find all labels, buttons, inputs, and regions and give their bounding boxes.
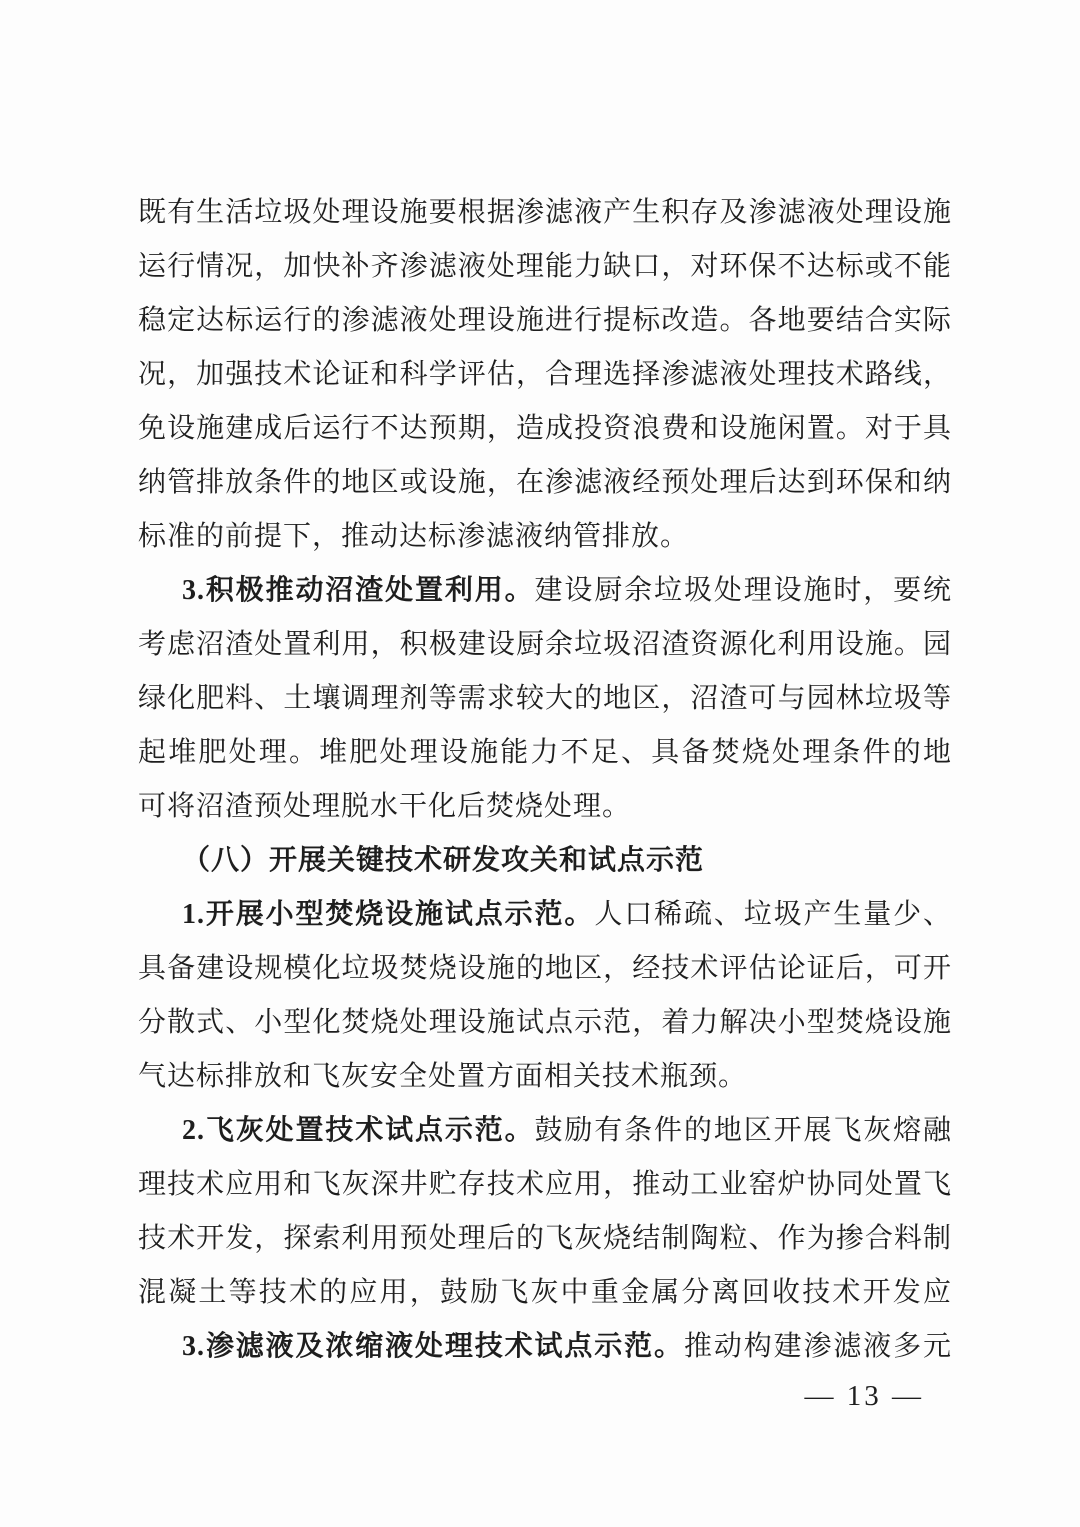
body-text: 免设施建成后运行不达预期，造成投资浪费和设施闲置。对于具备 [138,413,952,456]
text-line: 2.飞灰处置技术试点示范。鼓励有条件的地区开展飞灰熔融处 [138,1104,952,1158]
text-line: 运行情况，加快补齐渗滤液处理能力缺口，对环保不达标或不能够 [138,240,952,294]
text-line: 气达标排放和飞灰安全处置方面相关技术瓶颈。 [138,1050,952,1104]
text-line: 具备建设规模化垃圾焚烧设施的地区，经技术评估论证后，可开展 [138,942,952,996]
text-line: 3.渗滤液及浓缩液处理技术试点示范。推动构建渗滤液多元化 [138,1320,952,1374]
lead-in-text: 3.渗滤液及浓缩液处理技术试点示范。 [182,1331,684,1362]
text-line: 考虑沼渣处置利用，积极建设厨余垃圾沼渣资源化利用设施。园林 [138,618,952,672]
body-text: 既有生活垃圾处理设施要根据渗滤液产生积存及渗滤液处理设施 [138,197,952,228]
page-number: — 13 — [805,1376,925,1416]
document-page: 既有生活垃圾处理设施要根据渗滤液产生积存及渗滤液处理设施运行情况，加快补齐渗滤液… [0,0,1080,1527]
text-line: 标准的前提下，推动达标渗滤液纳管排放。 [138,510,952,564]
text-line: 分散式、小型化焚烧处理设施试点示范，着力解决小型焚烧设施烟 [138,996,952,1050]
text-line: 绿化肥料、土壤调理剂等需求较大的地区，沼渣可与园林垃圾等一 [138,672,952,726]
body-text: 纳管排放条件的地区或设施，在渗滤液经预处理后达到环保和纳管 [138,467,952,510]
text-line: 混凝土等技术的应用，鼓励飞灰中重金属分离回收技术开发应用。 [138,1266,952,1320]
text-line: 起堆肥处理。堆肥处理设施能力不足、具备焚烧处理条件的地区， [138,726,952,780]
body-text: 起堆肥处理。堆肥处理设施能力不足、具备焚烧处理条件的地区， [138,737,952,780]
text-line: 纳管排放条件的地区或设施，在渗滤液经预处理后达到环保和纳管 [138,456,952,510]
lead-in-text: 2.飞灰处置技术试点示范。 [182,1115,535,1146]
body-text: 分散式、小型化焚烧处理设施试点示范，着力解决小型焚烧设施烟 [138,1007,952,1050]
text-line: 况，加强技术论证和科学评估，合理选择渗滤液处理技术路线，避 [138,348,952,402]
body-text: 稳定达标运行的渗滤液处理设施进行提标改造。各地要结合实际情 [138,305,952,348]
body-text: 绿化肥料、土壤调理剂等需求较大的地区，沼渣可与园林垃圾等一 [138,683,952,726]
body-text: 气达标排放和飞灰安全处置方面相关技术瓶颈。 [138,1061,747,1092]
text-block: 既有生活垃圾处理设施要根据渗滤液产生积存及渗滤液处理设施运行情况，加快补齐渗滤液… [138,186,952,1374]
text-line: 技术开发，探索利用预处理后的飞灰烧结制陶粒、作为掺合料制作 [138,1212,952,1266]
text-line: 稳定达标运行的渗滤液处理设施进行提标改造。各地要结合实际情 [138,294,952,348]
text-line: 理技术应用和飞灰深井贮存技术应用，推动工业窑炉协同处置飞灰 [138,1158,952,1212]
body-text: 标准的前提下，推动达标渗滤液纳管排放。 [138,521,689,552]
text-line: 免设施建成后运行不达预期，造成投资浪费和设施闲置。对于具备 [138,402,952,456]
text-line: （八）开展关键技术研发攻关和试点示范 [138,834,952,888]
body-text: 运行情况，加快补齐渗滤液处理能力缺口，对环保不达标或不能够 [138,251,952,294]
body-text: 具备建设规模化垃圾焚烧设施的地区，经技术评估论证后，可开展 [138,953,952,996]
body-text: 技术开发，探索利用预处理后的飞灰烧结制陶粒、作为掺合料制作 [138,1223,952,1266]
lead-in-text: （八）开展关键技术研发攻关和试点示范 [182,845,704,876]
text-line: 1.开展小型焚烧设施试点示范。人口稀疏、垃圾产生量少、不 [138,888,952,942]
lead-in-text: 3.积极推动沼渣处置利用。 [182,575,535,606]
body-text: 况，加强技术论证和科学评估，合理选择渗滤液处理技术路线，避 [138,359,952,402]
text-line: 3.积极推动沼渣处置利用。建设厨余垃圾处理设施时，要统筹 [138,564,952,618]
lead-in-text: 1.开展小型焚烧设施试点示范。 [182,899,594,930]
text-line: 可将沼渣预处理脱水干化后焚烧处理。 [138,780,952,834]
body-text: 可将沼渣预处理脱水干化后焚烧处理。 [138,791,631,822]
text-line: 既有生活垃圾处理设施要根据渗滤液产生积存及渗滤液处理设施 [138,186,952,240]
body-text: 理技术应用和飞灰深井贮存技术应用，推动工业窑炉协同处置飞灰 [138,1169,952,1212]
body-text: 考虑沼渣处置利用，积极建设厨余垃圾沼渣资源化利用设施。园林 [138,629,952,672]
body-text: 混凝土等技术的应用，鼓励飞灰中重金属分离回收技术开发应用。 [138,1277,952,1320]
